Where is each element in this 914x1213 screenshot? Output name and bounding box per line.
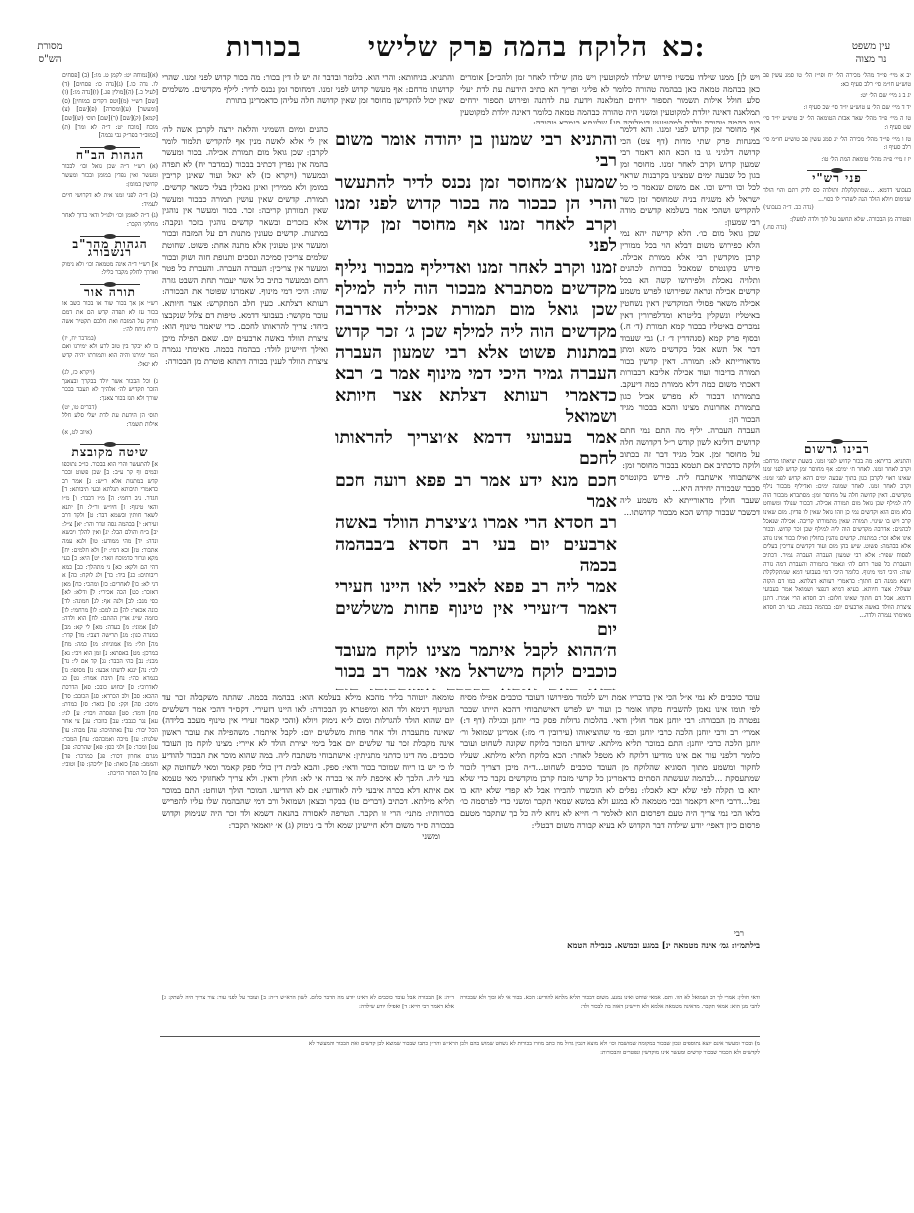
chapter-name: הלוקח בהמה xyxy=(503,32,648,63)
shita-mekubetzet-text: א] להתעשר והרי הוא בבכור. כו״כ נתוכפו וב… xyxy=(62,461,158,779)
gemara-text: והתניא רבי שמעון בן יהודה אומר משום רבי … xyxy=(335,130,617,690)
ornament-divider xyxy=(807,170,867,171)
chapter-number: פרק שלישי xyxy=(368,32,494,63)
gemara-line: מקדשים הוה ליה למילף שכן ג׳ זכר קדוש xyxy=(335,322,617,343)
gemara-line: שכן גואל מום תמורת אכילה אדרבה xyxy=(335,300,617,321)
gemara-line: ה׳ההוא לקבל איתמר מצינו לוקח מעובד xyxy=(335,641,617,662)
rashi-catchword: ומשני xyxy=(162,831,454,843)
rashi-bottom-text: טומאה יוטוהר בליר מהכא מילא בעלמא הוא: ב… xyxy=(162,692,454,830)
torah-or-title: תורה אור xyxy=(62,288,158,297)
rabbeinu-gershom-title: רבינו גרשום xyxy=(763,445,911,454)
ein-mishpat-entry: טו ה מיי׳ פ״ד מהל׳ שאר אבות הטומאה הל׳ י… xyxy=(763,115,911,132)
tosafot-column: אף מחוסר זמן קדוש לפני זמנו. והא דלמר במ… xyxy=(620,124,760,690)
footer-note-line: לקדשים ולא הכבור שבכור קדשים ומעשר אינו … xyxy=(160,1049,760,1058)
shita-mekubetzet-title: שיטה מקובצת xyxy=(62,448,158,457)
footer-notes: מ) ובכור ומעשר אינם יוצא נתוספים ונכון ש… xyxy=(160,1040,760,1060)
hagahot-habach-entry: (ג) ד״ה לאומן וכו׳ ולגו״ל ודאי כרוך לאחר… xyxy=(62,212,158,229)
ein-mishpat-label-line1: עין משפט xyxy=(836,40,906,53)
gemara-line: רב חסדא הרי אמרו ג׳ציצרת הוולד באשה xyxy=(335,513,617,534)
gemara-line: אמר בעבועי דדמא א׳וצריך להראותו לחכם xyxy=(335,428,617,471)
ein-mishpat-entry: יב א מיי׳ פי״ד מהל׳ מכירה הל׳ יח ופי״ז ה… xyxy=(763,72,911,89)
gemara-line: אמר ליה רב פפא לאביי לאו היינו חעירי xyxy=(335,577,617,598)
torah-or-verse: ג) וכל הבכור אשר יולד בבקרך ובצאנך הזכר … xyxy=(62,378,158,404)
gemara-line: זמנו וקרב לאחר זמנו ואדיליף מבכור ניליף xyxy=(335,258,617,279)
tosafot-paragraph: אף מחוסר זמן קדוש לפני זמנו. והא דלמר במ… xyxy=(620,124,760,228)
gemara-line: מקדשים מסתברא מבכור הוה ליה למילף xyxy=(335,279,617,300)
gemara-line: ארבעים יום בעי רב חסדא ב׳בבהמה בכמה xyxy=(335,535,617,578)
tosafot-paragraph: שכן גואל מום כו׳. הלא קדישה יהא נמי הלא … xyxy=(620,228,760,425)
ein-mishpat-label: עין משפט נר מצוה xyxy=(836,40,906,66)
torah-or-source: (במדבר יח, יז) xyxy=(62,335,158,344)
tosafot-catchword: רבי xyxy=(460,928,760,940)
gemara-line: שמעון א׳מחוסר זמן נכנס לדיר להתעשר xyxy=(335,173,617,194)
gemara-line: דאמר ד׳זעירי אין טינוף פחות משלשים יום xyxy=(335,599,617,642)
tosafot-bottom: עובד כוכבים לא נמי א״ל הכי אין בדבריו אמ… xyxy=(460,692,760,928)
hagahot-habach-entry: (א) רש״י ד״ה שכן גואל ובו׳ לבכור ומעשר ו… xyxy=(62,163,158,189)
penei-rashi-entry: ופטורה מן הבכורה. שלא תחשב על לוך ולדה ל… xyxy=(763,216,911,225)
ein-mishpat-entry: טז ו מיי׳ פי״ד מהל׳ מכירה הל׳ יג סמג עשי… xyxy=(763,136,911,153)
masoret-label-line2: הש"ס xyxy=(20,53,80,66)
hagahot-maharab-entry: א] רש״י ד״ה אינה מטמאה וכו׳ ולא נימוק וא… xyxy=(62,261,158,278)
gemara-line: כדאמרי רעותא דצלתא אצר חיותא ושמואל xyxy=(335,386,617,429)
tosafot-note-text: ודאי חולין: אמרי לך רב ושמואל לא הוו. ות… xyxy=(460,995,760,1010)
right-margin-column: יב א מיי׳ פי״ד מהל׳ מכירה הל׳ יח ופי״ז ה… xyxy=(763,72,911,997)
ein-mishpat-entry: יז ז מיי׳ פ״ה מהל׳ טומאת המת הל׳ טו: xyxy=(763,156,911,165)
torah-or-verse: בו לא יבקר בין טוב לרע ולא ימירנו ואם המ… xyxy=(62,343,158,369)
masoret-hashas-text: (א)[נמוחה יט: לקמן ט. מו:] (ב) [פסחים לו… xyxy=(62,72,158,141)
ein-mishpat-label-line2: נר מצוה xyxy=(836,53,906,66)
torah-or-source: (דברים טו, יט) xyxy=(62,404,158,413)
rashi-top-text: והתניא. בניחותא: והרי הוא. כלומר ובדבר ז… xyxy=(162,72,454,105)
spacer xyxy=(763,233,911,435)
hagahot-habach-entry: (ב) ד״ה לפני זמנו אית לא דקרושי חיים לעמ… xyxy=(62,192,158,209)
gemara-line: העברה גמיר היכי דמי מינוף אמר ב׳ רבא xyxy=(335,364,617,385)
rashi-column: כהנים ומיום השמיני והלאה ירצה לקרבן אשה … xyxy=(162,124,328,690)
ornament-divider xyxy=(80,236,140,237)
tosafot-paragraph: ויש לן] ממנו שילדו עכשיו פירוש שילדו למק… xyxy=(460,72,760,124)
ein-mishpat-entry: יג ב ג מיי׳ שם הל׳ יט: xyxy=(763,92,911,101)
penei-rashi-entry: בעבועי דדמא. ...שמתקלקלת ותולדה כס לדק ר… xyxy=(763,187,911,204)
gemara-line: במתנות פשוט אלא רבי שמעון העברה xyxy=(335,343,617,364)
ein-mishpat-section: יב א מיי׳ פי״ד מהל׳ מכירה הל׳ יח ופי״ז ה… xyxy=(763,72,911,164)
tosafot-paragraph: אישתבוחי אישתבח ליה. פירש בקונטרס סבבר ש… xyxy=(620,472,760,495)
penei-rashi-title: פני רש"י xyxy=(763,174,911,183)
tosafot-last-line: בילתמ״ו: גמ׳ אינה מטמאה ינ] במגע ובמשא. … xyxy=(460,940,760,952)
ornament-divider xyxy=(80,147,140,148)
torah-or-source: (איוב לט, א) xyxy=(62,429,158,438)
penei-rashi-source: (נדה סח.) xyxy=(763,224,911,233)
rashi-bottom: טומאה יוטוהר בליר מהכא מילא בעלמא הוא: ב… xyxy=(162,692,454,950)
torah-or-verse: רש״י אן אך בכור שור או בכור כשב או בכור … xyxy=(62,300,158,334)
left-margin-column: (א)[נמוחה יט: לקמן ט. מו:] (ב) [פסחים לו… xyxy=(62,72,158,997)
rashi-column-text: כהנים ומיום השמיני והלאה ירצה לקרבן אשה … xyxy=(162,124,328,366)
tosafot-bottom-text: עובד כוכבים לא נמי א״ל הכי אין בדבריו אמ… xyxy=(460,692,760,830)
gemara-line: והרי הן כבכור מה בכור קדוש לפני זמנו xyxy=(335,194,617,215)
rashi-top: והתניא. בניחותא: והרי הוא. כלומר ובדבר ז… xyxy=(162,72,454,124)
tosafot-end: רבי בילתמ״ו: גמ׳ אינה מטמאה ינ] במגע ובמ… xyxy=(460,928,760,968)
footer-note-line: מ) ובכור ומעשר אינם יוצא נתוספים ונכון ש… xyxy=(160,1040,760,1049)
rashi-bottom-note: ד״ה: א] הבכורה אבל עובד כוכבים לא דאינו … xyxy=(162,994,454,1020)
penei-rashi-source: (נדה כב. ד״ה בעבועי) xyxy=(763,204,911,213)
ein-mishpat-entry: יד ד מיי׳ שם הל׳ ע טוש״ע יו״ד סי׳ שכ סעי… xyxy=(763,104,911,113)
masoret-hashas-label: מסורת הש"ס xyxy=(20,40,80,66)
gemara-line: חכם מנא ידע אמר רב פפא רועה חכם אמר xyxy=(335,471,617,514)
torah-or-verse: תוס׳ הן הידעת עת לדת יעלי סלע חלל אילות … xyxy=(62,412,158,429)
footer-divider xyxy=(160,1036,760,1037)
gemara-line: וקרב לאחר זמנו אף מחוסר זמן קדוש לפני xyxy=(335,215,617,258)
rabbeinu-gershom-text: והתניא. בריתא: מה בכור קדוש לפני זמנו. ב… xyxy=(763,458,911,621)
gemara-line: והתניא רבי שמעון בן יהודה אומר משום רבי xyxy=(335,130,617,173)
ornament-divider xyxy=(80,284,140,285)
torah-or-source: (ויקרא כז, לג) xyxy=(62,369,158,378)
gemara-line: ודאי דאם איתא דבכרה אישתבוחי הוה xyxy=(335,684,617,690)
penei-rashi-section: בעבועי דדמא. ...שמתקלקלת ותולדה כס לדק ר… xyxy=(763,187,911,233)
ornament-divider xyxy=(807,441,867,442)
tosafot-bottom-note: ודאי חולין: אמרי לך רב ושמואל לא הוו. ות… xyxy=(460,994,760,1020)
hagahot-maharab-title: הגהות מהר"ב רנשבורג xyxy=(62,240,158,257)
rashi-note-text: ד״ה: א] הבכורה אבל עובד כוכבים לא דאינו … xyxy=(162,995,454,1010)
hagahot-habach-title: הגהות הב"ח xyxy=(62,151,158,160)
gemara-line: כוכבים לוקח מישראל מאי אמר רב בכור xyxy=(335,662,617,683)
tractate-name: בכורות xyxy=(226,32,302,63)
tosafot-top: ויש לן] ממנו שילדו עכשיו פירוש שילדו למק… xyxy=(460,72,760,124)
tosafot-paragraph: העברה העברה. יליף מה התם נמי חתם קדושים … xyxy=(620,425,760,471)
masoret-label-line1: מסורת xyxy=(20,40,80,53)
tosafot-paragraph: שעבר חולין מדאורייתא לא משמע ליה דכשבר ש… xyxy=(620,495,760,518)
page-number: כא: xyxy=(662,32,706,63)
ornament-divider xyxy=(80,444,140,445)
